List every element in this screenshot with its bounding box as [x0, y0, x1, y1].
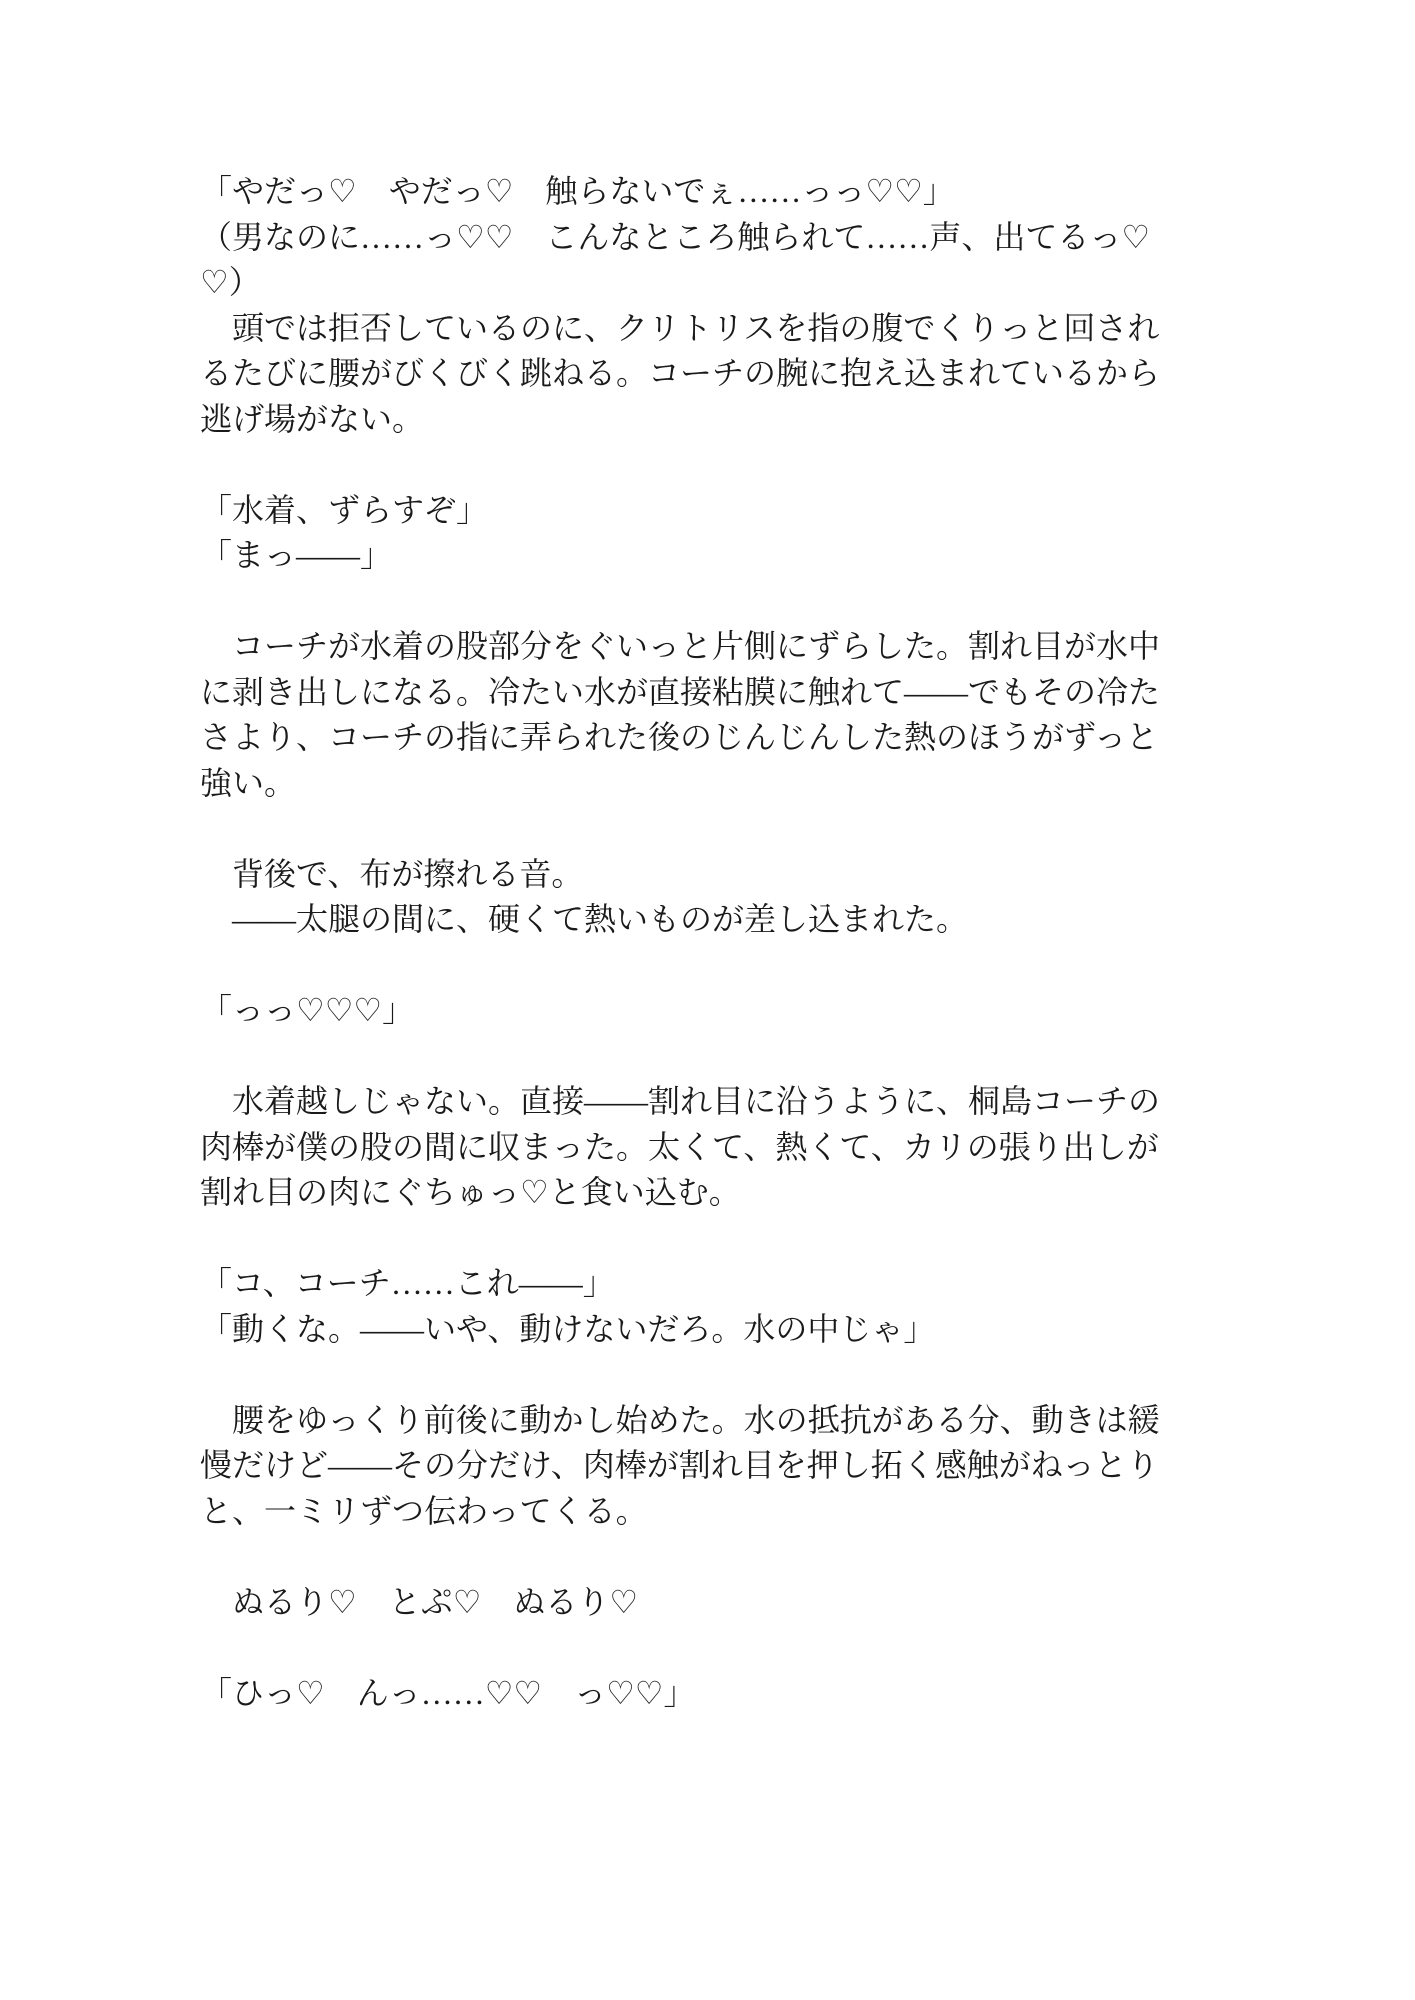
text-line: 強い。	[200, 761, 1160, 807]
document-text-column: 「やだっ♡ やだっ♡ 触らないでぇ……っっ♡♡」（男なのに……っ♡♡ こんなとこ…	[200, 169, 1160, 1716]
text-line: 水着越しじゃない。直接――割れ目に沿うように、桐島コーチの	[200, 1079, 1160, 1125]
text-line	[200, 1352, 1160, 1398]
text-line: 慢だけど――その分だけ、肉棒が割れ目を押し拓く感触がねっとり	[200, 1443, 1160, 1489]
text-line: 「動くな。――いや、動けないだろ。水の中じゃ」	[200, 1307, 1160, 1353]
text-line: 「ひっ♡ んっ……♡♡ っ♡♡」	[200, 1671, 1160, 1717]
text-line: 「っっ♡♡♡」	[200, 988, 1160, 1034]
text-line: 「水着、ずらすぞ」	[200, 488, 1160, 534]
text-line: ――太腿の間に、硬くて熱いものが差し込まれた。	[200, 897, 1160, 943]
text-line: さより、コーチの指に弄られた後のじんじんした熱のほうがずっと	[200, 715, 1160, 761]
text-line: 肉棒が僕の股の間に収まった。太くて、熱くて、カリの張り出しが	[200, 1125, 1160, 1171]
document-page: 「やだっ♡ やだっ♡ 触らないでぇ……っっ♡♡」（男なのに……っ♡♡ こんなとこ…	[0, 0, 1415, 2000]
text-line	[200, 1625, 1160, 1671]
text-line	[200, 579, 1160, 625]
text-line: 「やだっ♡ やだっ♡ 触らないでぇ……っっ♡♡」	[200, 169, 1160, 215]
text-line	[200, 943, 1160, 989]
text-line	[200, 1216, 1160, 1262]
text-line: ぬるり♡ とぷ♡ ぬるり♡	[200, 1580, 1160, 1626]
text-line: 腰をゆっくり前後に動かし始めた。水の抵抗がある分、動きは緩	[200, 1398, 1160, 1444]
text-line: 逃げ場がない。	[200, 397, 1160, 443]
text-line: と、一ミリずつ伝わってくる。	[200, 1489, 1160, 1535]
text-line: 頭では拒否しているのに、クリトリスを指の腹でくりっと回され	[200, 306, 1160, 352]
text-line: に剥き出しになる。冷たい水が直接粘膜に触れて――でもその冷た	[200, 670, 1160, 716]
text-line	[200, 1534, 1160, 1580]
text-line	[200, 1034, 1160, 1080]
text-line: るたびに腰がびくびく跳ねる。コーチの腕に抱え込まれているから	[200, 351, 1160, 397]
text-line: 背後で、布が擦れる音。	[200, 852, 1160, 898]
text-line: コーチが水着の股部分をぐいっと片側にずらした。割れ目が水中	[200, 624, 1160, 670]
text-line: 「まっ――」	[200, 533, 1160, 579]
text-line: （男なのに……っ♡♡ こんなところ触られて……声、出てるっ♡	[200, 215, 1160, 261]
text-line	[200, 442, 1160, 488]
text-line: ♡）	[200, 260, 1160, 306]
text-line: 「コ、コーチ……これ――」	[200, 1261, 1160, 1307]
text-line	[200, 806, 1160, 852]
text-line: 割れ目の肉にぐちゅっ♡と食い込む。	[200, 1170, 1160, 1216]
